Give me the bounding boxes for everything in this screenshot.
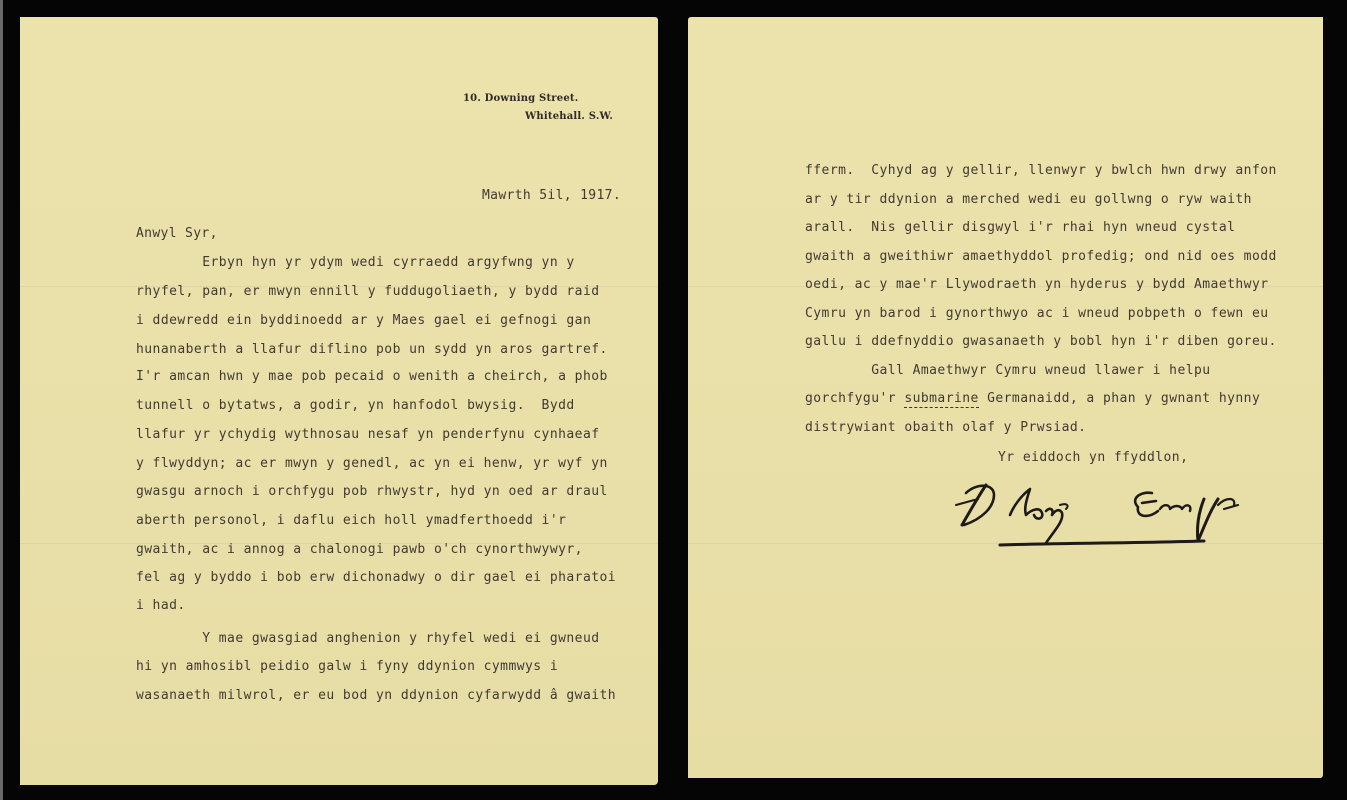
closing: Yr eiddoch yn ffyddlon, (998, 450, 1188, 465)
body-line: i had. (136, 598, 186, 613)
body-line: Y mae gwasgiad anghenion y rhyfel wedi e… (136, 631, 600, 646)
letterhead-address-line-1: 10. Downing Street. (463, 93, 578, 104)
body-line: rhyfel, pan, er mwyn ennill y fuddugolia… (136, 284, 600, 299)
body-line: fferm. Cyhyd ag y gellir, llenwyr y bwlc… (805, 163, 1277, 178)
body-line: wasanaeth milwrol, er eu bod yn ddynion … (136, 688, 616, 703)
body-line: tunnell o bytatws, a godir, yn hanfodol … (136, 398, 575, 413)
body-line: llafur yr ychydig wythnosau nesaf yn pen… (136, 427, 600, 442)
body-line: i ddewredd ein byddinoedd ar y Maes gael… (136, 313, 591, 328)
body-line: gallu i ddefnyddio gwasanaeth y bobl hyn… (805, 334, 1277, 349)
letter-page-1: 10. Downing Street. Whitehall. S.W. Mawr… (20, 17, 658, 785)
body-line: gwaith a gweithiwr amaethyddol profedig;… (805, 249, 1277, 264)
body-line: Gall Amaethwyr Cymru wneud llawer i help… (805, 363, 1211, 378)
body-line-submarine: gorchfygu'r submarine Germanaidd, a phan… (805, 391, 1260, 406)
body-line: gwasgu arnoch i orchfygu pob rhwystr, hy… (136, 484, 608, 499)
letter-date: Mawrth 5il, 1917. (482, 187, 621, 205)
body-line: fel ag y byddo i bob erw dichonadwy o di… (136, 570, 616, 585)
letterhead-address-line-2: Whitehall. S.W. (525, 111, 613, 122)
letter-page-2: fferm. Cyhyd ag y gellir, llenwyr y bwlc… (688, 17, 1323, 778)
body-line: hunanaberth a llafur diflino pob un sydd… (136, 342, 608, 357)
body-line: ar y tir ddynion a merched wedi eu gollw… (805, 192, 1252, 207)
body-line: Cymru yn barod i gynorthwyo ac i wneud p… (805, 306, 1269, 321)
scan-edge-strip (0, 0, 3, 800)
body-line: y flwyddyn; ac er mwyn y genedl, ac yn e… (136, 456, 608, 471)
text-after: Germanaidd, a phan y gwnant hynny (979, 391, 1260, 406)
signature-lloyd-george (942, 475, 1272, 555)
salutation: Anwyl Syr, (136, 225, 218, 243)
body-line: oedi, ac y mae'r Llywodraeth yn hyderus … (805, 277, 1269, 292)
underlined-word-submarine: submarine (904, 391, 979, 408)
body-line: aberth personol, i daflu eich holl ymadf… (136, 513, 566, 528)
text-before: gorchfygu'r (805, 391, 904, 406)
body-line: gwaith, ac i annog a chalonogi pawb o'ch… (136, 542, 583, 557)
body-line: arall. Nis gellir disgwyl i'r rhai hyn w… (805, 220, 1235, 235)
body-line: distrywiant obaith olaf y Prwsiad. (805, 420, 1086, 435)
body-line: I'r amcan hwn y mae pob pecaid o wenith … (136, 369, 608, 384)
body-line: Erbyn hyn yr ydym wedi cyrraedd argyfwng… (136, 255, 575, 270)
body-line: hi yn amhosibl peidio galw i fyny ddynio… (136, 659, 558, 674)
